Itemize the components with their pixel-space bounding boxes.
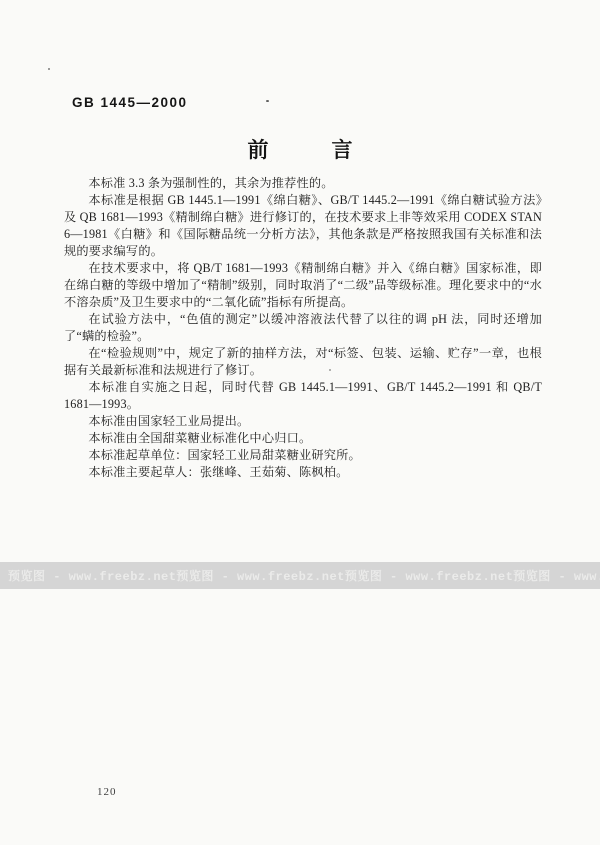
scanned-document-page: GB 1445—2000 前 言 本标准 3.3 条为强制性的，其余为推荐性的。… bbox=[0, 0, 600, 845]
paragraph: 本标准主要起草人：张继峰、王茹菊、陈枫柏。 bbox=[64, 464, 542, 481]
watermark-text: 预览图 - www.freebz.net bbox=[513, 567, 600, 584]
watermark-text: 预览图 - www.freebz.net bbox=[176, 567, 344, 584]
paragraph: 本标准是根据 GB 1445.1—1991《绵白糖》、GB/T 1445.2—1… bbox=[64, 192, 542, 260]
watermark-band: 预览图 - www.freebz.net 预览图 - www.freebz.ne… bbox=[0, 562, 600, 589]
watermark-text: 预览图 - www.freebz.net bbox=[8, 567, 176, 584]
standard-code: GB 1445—2000 bbox=[72, 95, 188, 110]
scan-speck bbox=[266, 100, 269, 102]
paragraph: 本标准 3.3 条为强制性的，其余为推荐性的。 bbox=[64, 175, 542, 192]
watermark-text: 预览图 - www.freebz.net bbox=[345, 567, 513, 584]
page-title: 前 言 bbox=[0, 134, 600, 164]
paragraph: 本标准起草单位：国家轻工业局甜菜糖业研究所。 bbox=[64, 447, 542, 464]
paragraph: 在试验方法中，“色值的测定”以缓冲溶液法代替了以往的调 pH 法，同时还增加了“… bbox=[64, 311, 542, 345]
paragraph: 本标准由国家轻工业局提出。 bbox=[64, 413, 542, 430]
foreword-body: 本标准 3.3 条为强制性的，其余为推荐性的。 本标准是根据 GB 1445.1… bbox=[64, 175, 542, 481]
scan-speck bbox=[48, 68, 50, 70]
paragraph: 本标准自实施之日起，同时代替 GB 1445.1—1991、GB/T 1445.… bbox=[64, 379, 542, 413]
paragraph: 在技术要求中，将 QB/T 1681—1993《精制绵白糖》并入《绵白糖》国家标… bbox=[64, 260, 542, 311]
paragraph: 本标准由全国甜菜糖业标准化中心归口。 bbox=[64, 430, 542, 447]
page-number: 120 bbox=[97, 786, 117, 798]
scan-speck bbox=[329, 369, 331, 371]
paragraph: 在“检验规则”中，规定了新的抽样方法，对“标签、包装、运输、贮存”一章，也根据有… bbox=[64, 345, 542, 379]
